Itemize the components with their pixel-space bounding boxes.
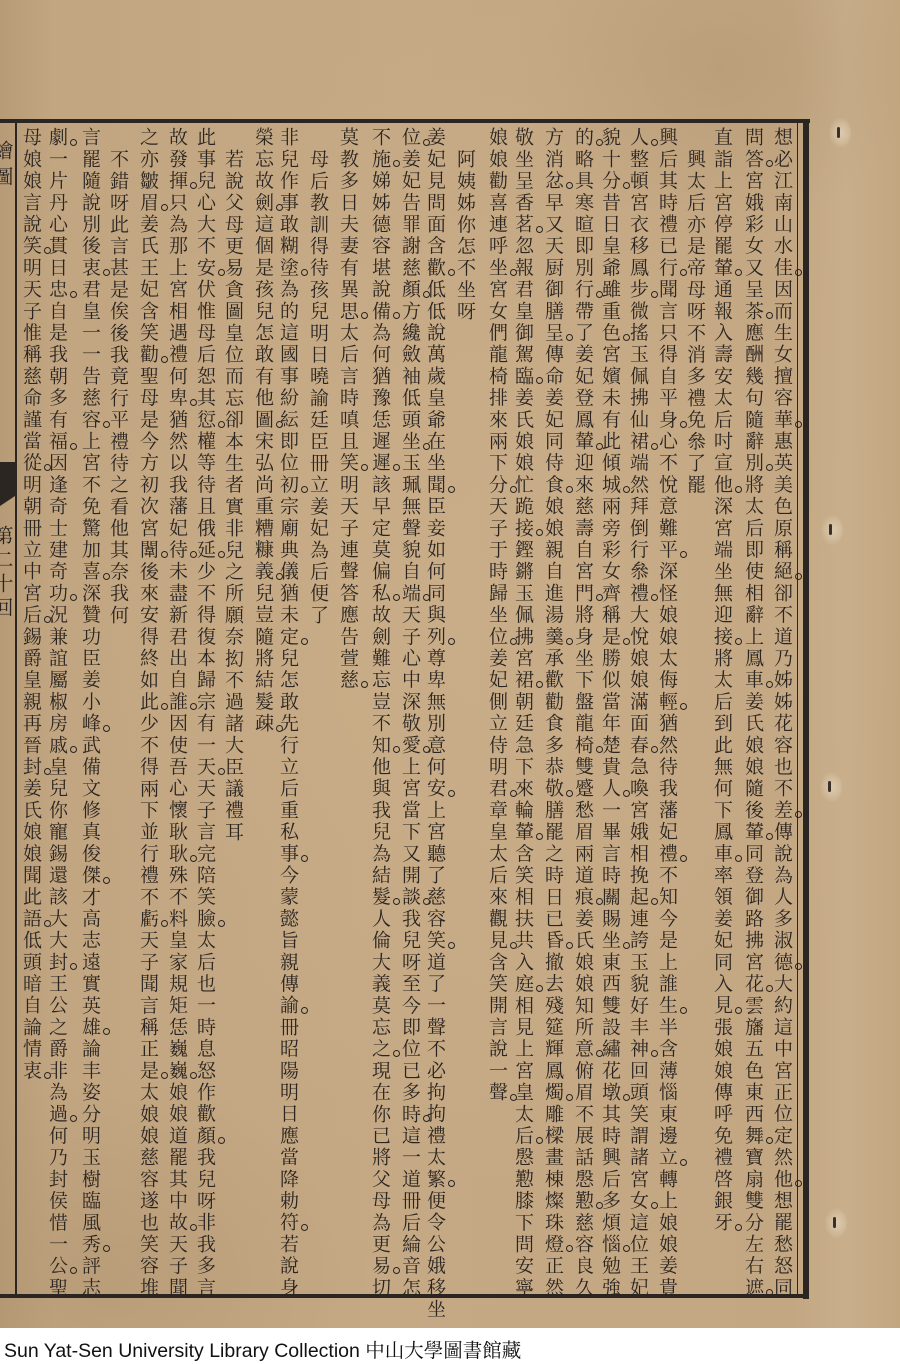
text-column-19: 榮忘故劍這個是孩兒怎敢有他圖宋弘尚重糟糠義兒豈隨將結髮疎 [252, 127, 274, 735]
collection-credit-text: Sun Yat-Sen University Library Collectio… [4, 1335, 521, 1363]
scanned-book-page: 繪圖 第二十回 想必江南山水佳因而生女擅容華惠英美色原稱絕卻不道乃姊姊花容也不差… [0, 0, 900, 1328]
spine-title: 繪圖 [0, 140, 13, 192]
text-column-1: 想必江南山水佳因而生女擅容華惠英美色原稱絕卻不道乃姊姊花容也不差傳說為人多淑德大… [771, 127, 793, 1299]
text-column-14: 位姜妃告罪謝慈顏方纔斂袖低頭坐玉珮無聲貌自端天子心中深敬愛上宮當下又開談我兒呀至… [399, 127, 421, 1299]
text-column-3: 直詣上宮停罷輦通報入壽安太后吋宣他深宮端坐無迎接將太后到此無何下鳳車率領姜妃同入… [711, 127, 733, 1234]
text-column-11: 娘娘勸喜連呼坐宮女們龍椅排來兩下分天子于時歸坐位姜妃側立侍明君章皇太后來觀見含笑… [486, 127, 508, 1104]
text-column-27: 母娘娘言說笑明天子惟稱慈命謹當從明朝冊立中宮后錫爵皇親再晉封姜氏娘娘聞此語低頭暗… [20, 127, 42, 1082]
chapter-marker: 第二十回 [0, 525, 13, 621]
text-column-2: 問答宮娥彩女又呈茶應酬幾句隨辭別將太后即使相辭上鳳車姜氏娘娘隨後輦同登御路拂宮花… [742, 127, 764, 1299]
text-column-23: 之亦皺眉姜氏王妃含笑勸聖母是今方初次宮闈後來安得終如此少不得兩下並行禮不虧天子聞… [137, 127, 159, 1299]
dialogue-column-12: 阿姨姊你怎不坐呀 [454, 149, 476, 323]
text-column-18: 非兒作事敢糊塗為的這國事紛紜即位初宗廟典儀猶未定兒怎敢先行立后重私事今蒙懿旨親傳… [277, 127, 299, 1299]
dialogue-column-4: 興太后亦是帝母呀不消多禮免叅了罷 [684, 149, 706, 496]
frame-left-rule [15, 123, 17, 1295]
binding-hole-icon [821, 515, 843, 545]
text-column-13: 姜妃見問面含歡低低說萬歲皇爺在坐聞臣妾如何同與列尊卑無別意何安上宮聽了慈容笑道了… [424, 127, 446, 1321]
text-column-9: 方消忿早又天厨御膳呈傳命姜妃同侍食娘娘親自進湯羹承歡勸食多恭敬膳罷之時日已昏撤去… [542, 127, 564, 1299]
binding-hole-icon [825, 1208, 847, 1238]
text-column-8: 的略具寒暄即別行帶了姜妃登鳳輦迎來慈壽自宮門將身坐下盤龍椅雙蹙愁眉兩道痕姜氏娘娘… [572, 127, 594, 1299]
text-column-7: 貌十分昔日皇爺雖重色宮嬪未有此傾城兩旁彩女齊稱是勝似當年楚貴人一畢言時關賜坐東西… [599, 127, 621, 1299]
frame-right-inner-rule [797, 123, 798, 1295]
fishtail-mark-icon [0, 462, 15, 496]
binding-hole-icon [829, 118, 851, 148]
text-column-10: 敬坐呈香茗忽報君皇御駕臨姜氏娘娘忙跪接鏗鏘玉佩拂宮裙朝廷急下來輪輦含笑相扶共入庭… [512, 127, 534, 1299]
text-column-26: 劇一片丹心貫日忠自是我朝多有福因逢奇士建奇功況兼誼屬椒房戚皇兒你寵錫還該大大封王… [46, 127, 68, 1299]
dialogue-column-20: 若說父母更易貪圖皇位而忘卻本生者實非兒之所願奈抝不過諸大臣議禮耳 [222, 149, 244, 843]
frame-top-rule [0, 119, 810, 123]
text-column-16: 莫教多日夫妻有異思太后言時嗔且笑明天子連聲答應告萱慈 [337, 127, 359, 691]
text-column-22: 故發揮只為那上宮相遇禮何卑猶然以我藩妃待未盡新君出自誰因使吾心懷耿耿殊不料皇家規… [166, 127, 188, 1299]
dialogue-column-17: 母后教訓得待孩兒明日曉諭廷臣冊立姜妃為后便了 [307, 149, 329, 626]
text-column-25: 言罷隨說別後衷君皇一一告慈容上宮不免驚加喜深贊功臣姜小峰武備文修真俊傑才高志遠實… [79, 127, 101, 1299]
collection-credit-bar: Sun Yat-Sen University Library Collectio… [0, 1328, 900, 1364]
text-column-15: 不施娣姊德容堪說備為何猶豫恁遲遲該早定莫偏私故劍難忘豈不知他與我兒為結髮人倫大義… [369, 127, 391, 1299]
dialogue-column-24: 不錯呀此言甚是俟後我竟行平禮待之看他其奈我何 [107, 149, 129, 626]
frame-right-rule [803, 119, 809, 1299]
binding-hole-icon [820, 772, 842, 802]
text-column-6: 人整頓宮衣移鳳步微搖玉佩拂仙裙端然拜倒行叅禮大悅娘娘滿面春急喚宮娥相挽起連誇玉貌… [627, 127, 649, 1299]
text-column-21: 此事兒心大不安伏惟母后恕其愆權等待且俄延少不得復本歸宗有一天天子言完陪笑臉太后也… [194, 127, 216, 1299]
text-column-5: 興后其時禮已行聞言只得自平身心不悅意難平深怪娘娘太侮輕猶然待我藩妃禮不知今是上誰… [656, 127, 678, 1299]
